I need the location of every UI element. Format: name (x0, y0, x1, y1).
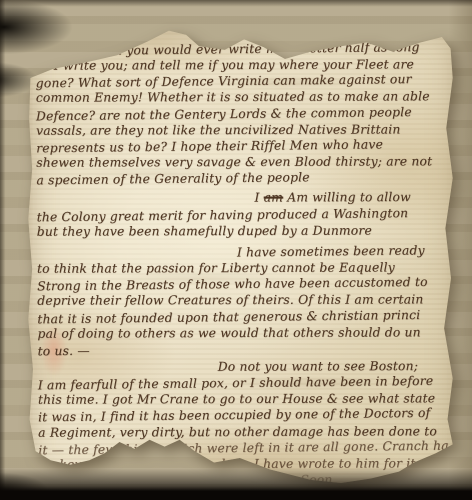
letter-line: I have sometimes been ready (237, 242, 449, 261)
letter-line: a specimen of the Generality of the peop… (36, 168, 448, 189)
torn-letter-page: I wish you would ever write me a Letter … (27, 28, 457, 483)
crossed-out-word: am (264, 191, 283, 205)
letter-line: but they have been shamefully duped by a… (37, 222, 449, 240)
photo-edge-shadow-bottom (0, 468, 472, 500)
manuscript-photograph: I wish you would ever write me a Letter … (0, 0, 472, 500)
line-suffix: Am willing to allow (287, 190, 411, 204)
letter-line-with-strikethrough: I am Am willing to allow (255, 189, 449, 206)
letter-sheet-wrapper: I wish you would ever write me a Letter … (27, 28, 457, 483)
line-prefix: I (255, 191, 260, 205)
handwritten-letter-text: I wish you would ever write me a Letter … (35, 40, 450, 490)
